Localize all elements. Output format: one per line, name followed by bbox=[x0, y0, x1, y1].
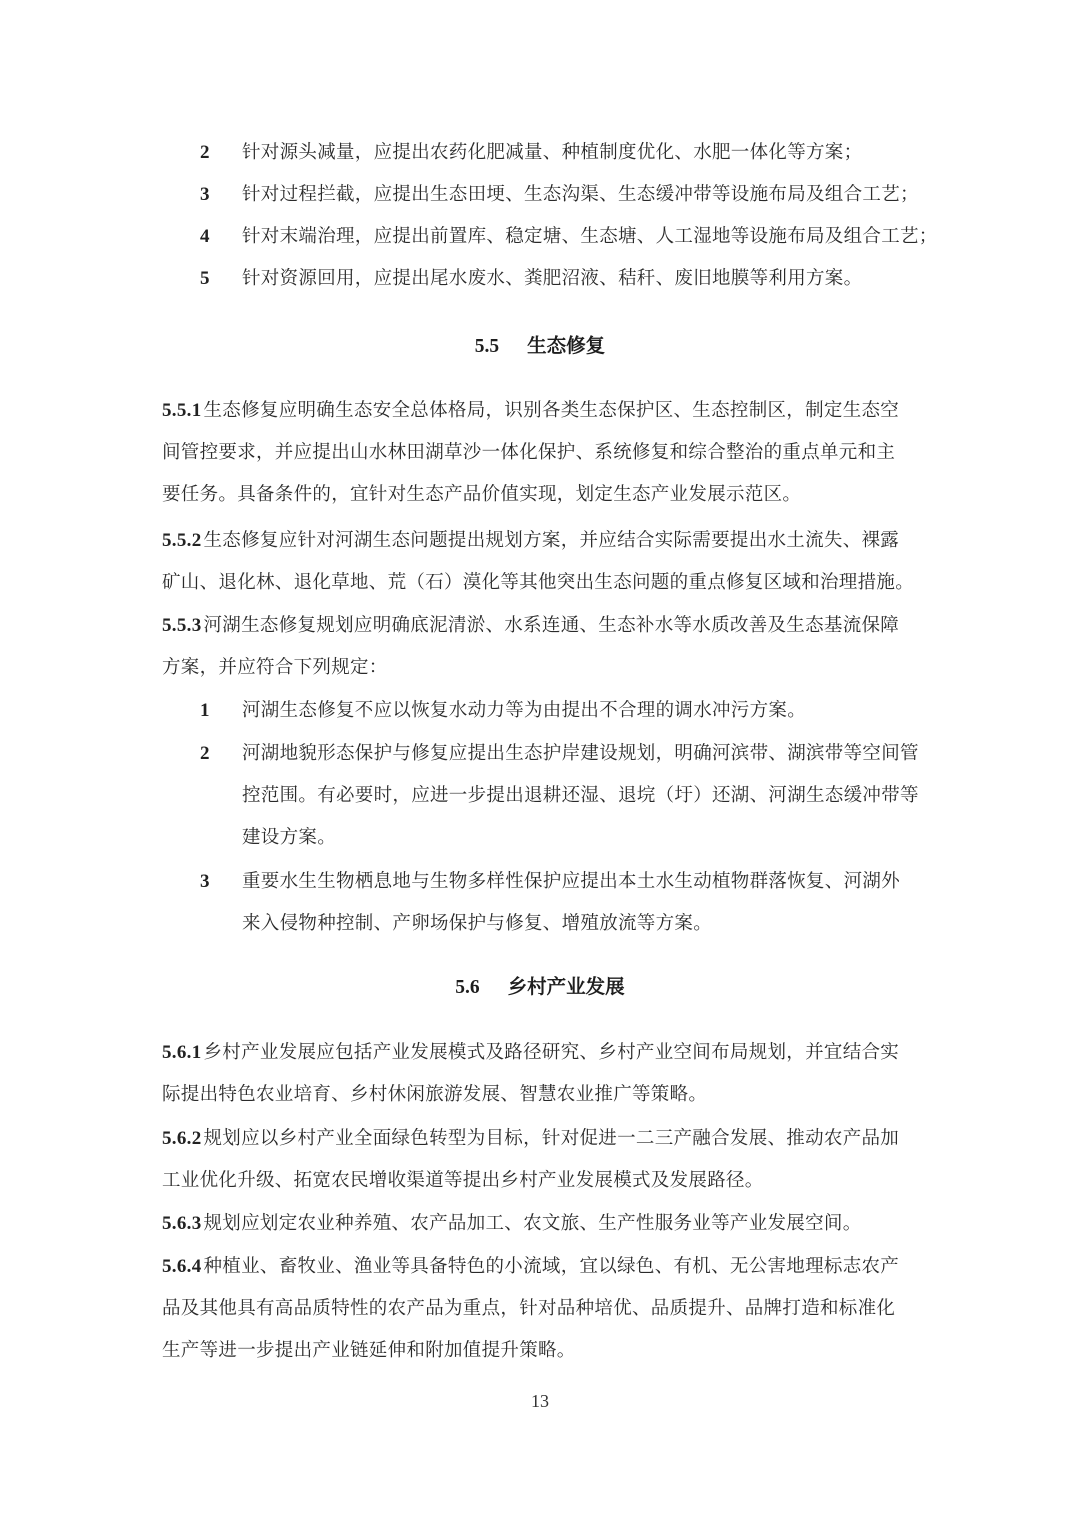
section-title: 生态修复 bbox=[527, 334, 605, 357]
section-title: 乡村产业发展 bbox=[508, 975, 625, 998]
section-number: 5.6 bbox=[455, 977, 479, 998]
section-heading-5-6: 5.6乡村产业发展 bbox=[0, 974, 1080, 1001]
list-item-number: 4 bbox=[200, 225, 210, 249]
clause-id: 5.6.1 bbox=[162, 1042, 202, 1063]
list-item-text: 控范围。有必要时，应进一步提出退耕还湿、退垸（圩）还湖、河湖生态缓冲带等 bbox=[242, 784, 919, 808]
list-item-number: 2 bbox=[200, 742, 210, 766]
clause-text: 生态修复应明确生态安全总体格局，识别各类生态保护区、生态控制区，制定生态空 bbox=[204, 400, 900, 421]
section-number: 5.5 bbox=[475, 336, 499, 357]
clause-text: 河湖生态修复规划应明确底泥清淤、水系连通、生态补水等水质改善及生态基流保障 bbox=[204, 615, 900, 636]
clause-text: 间管控要求，并应提出山水林田湖草沙一体化保护、系统修复和综合整治的重点单元和主 bbox=[162, 441, 895, 465]
clause-text: 规划应划定农业种养殖、农产品加工、农文旅、生产性服务业等产业发展空间。 bbox=[204, 1213, 862, 1234]
clause-text: 际提出特色农业培育、乡村休闲旅游发展、智慧农业推广等策略。 bbox=[162, 1083, 707, 1107]
list-item-text: 河湖地貌形态保护与修复应提出生态护岸建设规划，明确河滨带、湖滨带等空间管 bbox=[242, 742, 919, 766]
list-item-text: 针对过程拦截，应提出生态田埂、生态沟渠、生态缓冲带等设施布局及组合工艺； bbox=[242, 183, 919, 207]
list-item-text: 针对末端治理，应提出前置库、稳定塘、生态塘、人工湿地等设施布局及组合工艺； bbox=[242, 225, 938, 249]
list-item-text: 针对源头减量，应提出农药化肥减量、种植制度优化、水肥一体化等方案； bbox=[242, 141, 862, 165]
list-item-number: 2 bbox=[200, 141, 210, 165]
clause-text: 矿山、退化林、退化草地、荒（石）漠化等其他突出生态问题的重点修复区域和治理措施。 bbox=[162, 571, 914, 595]
clause-text: 种植业、畜牧业、渔业等具备特色的小流域，宜以绿色、有机、无公害地理标志农产 bbox=[204, 1256, 900, 1277]
list-item-text: 重要水生生物栖息地与生物多样性保护应提出本土水生动植物群落恢复、河湖外 bbox=[242, 870, 900, 894]
list-item-number: 1 bbox=[200, 699, 210, 723]
clause-text: 生产等进一步提出产业链延伸和附加值提升策略。 bbox=[162, 1339, 576, 1363]
clause-id: 5.6.4 bbox=[162, 1256, 202, 1277]
section-heading-5-5: 5.5生态修复 bbox=[0, 333, 1080, 360]
page-number: 13 bbox=[0, 1391, 1080, 1412]
list-item-text: 河湖生态修复不应以恢复水动力等为由提出不合理的调水冲污方案。 bbox=[242, 699, 806, 723]
list-item-text: 针对资源回用，应提出尾水废水、粪肥沼液、秸秆、废旧地膜等利用方案。 bbox=[242, 267, 862, 291]
clause-text: 品及其他具有高品质特性的农产品为重点，针对品种培优、品质提升、品牌打造和标准化 bbox=[162, 1297, 895, 1321]
list-item-text: 建设方案。 bbox=[242, 826, 336, 850]
clause-text: 要任务。具备条件的，宜针对生态产品价值实现，划定生态产业发展示范区。 bbox=[162, 483, 801, 507]
clause-id: 5.5.1 bbox=[162, 400, 202, 421]
list-item-number: 3 bbox=[200, 870, 210, 894]
clause-text: 工业优化升级、拓宽农民增收渠道等提出乡村产业发展模式及发展路径。 bbox=[162, 1169, 764, 1193]
clause-id: 5.6.3 bbox=[162, 1213, 202, 1234]
clause-id: 5.5.3 bbox=[162, 615, 202, 636]
clause-id: 5.5.2 bbox=[162, 530, 202, 551]
clause-text: 规划应以乡村产业全面绿色转型为目标，针对促进一二三产融合发展、推动农产品加 bbox=[204, 1128, 900, 1149]
list-item-number: 5 bbox=[200, 267, 210, 291]
clause-text: 方案，并应符合下列规定： bbox=[162, 656, 388, 680]
clause-text: 乡村产业发展应包括产业发展模式及路径研究、乡村产业空间布局规划，并宜结合实 bbox=[204, 1042, 900, 1063]
clause-text: 生态修复应针对河湖生态问题提出规划方案，并应结合实际需要提出水土流失、裸露 bbox=[204, 530, 900, 551]
list-item-text: 来入侵物种控制、产卵场保护与修复、增殖放流等方案。 bbox=[242, 912, 712, 936]
list-item-number: 3 bbox=[200, 183, 210, 207]
clause-id: 5.6.2 bbox=[162, 1128, 202, 1149]
